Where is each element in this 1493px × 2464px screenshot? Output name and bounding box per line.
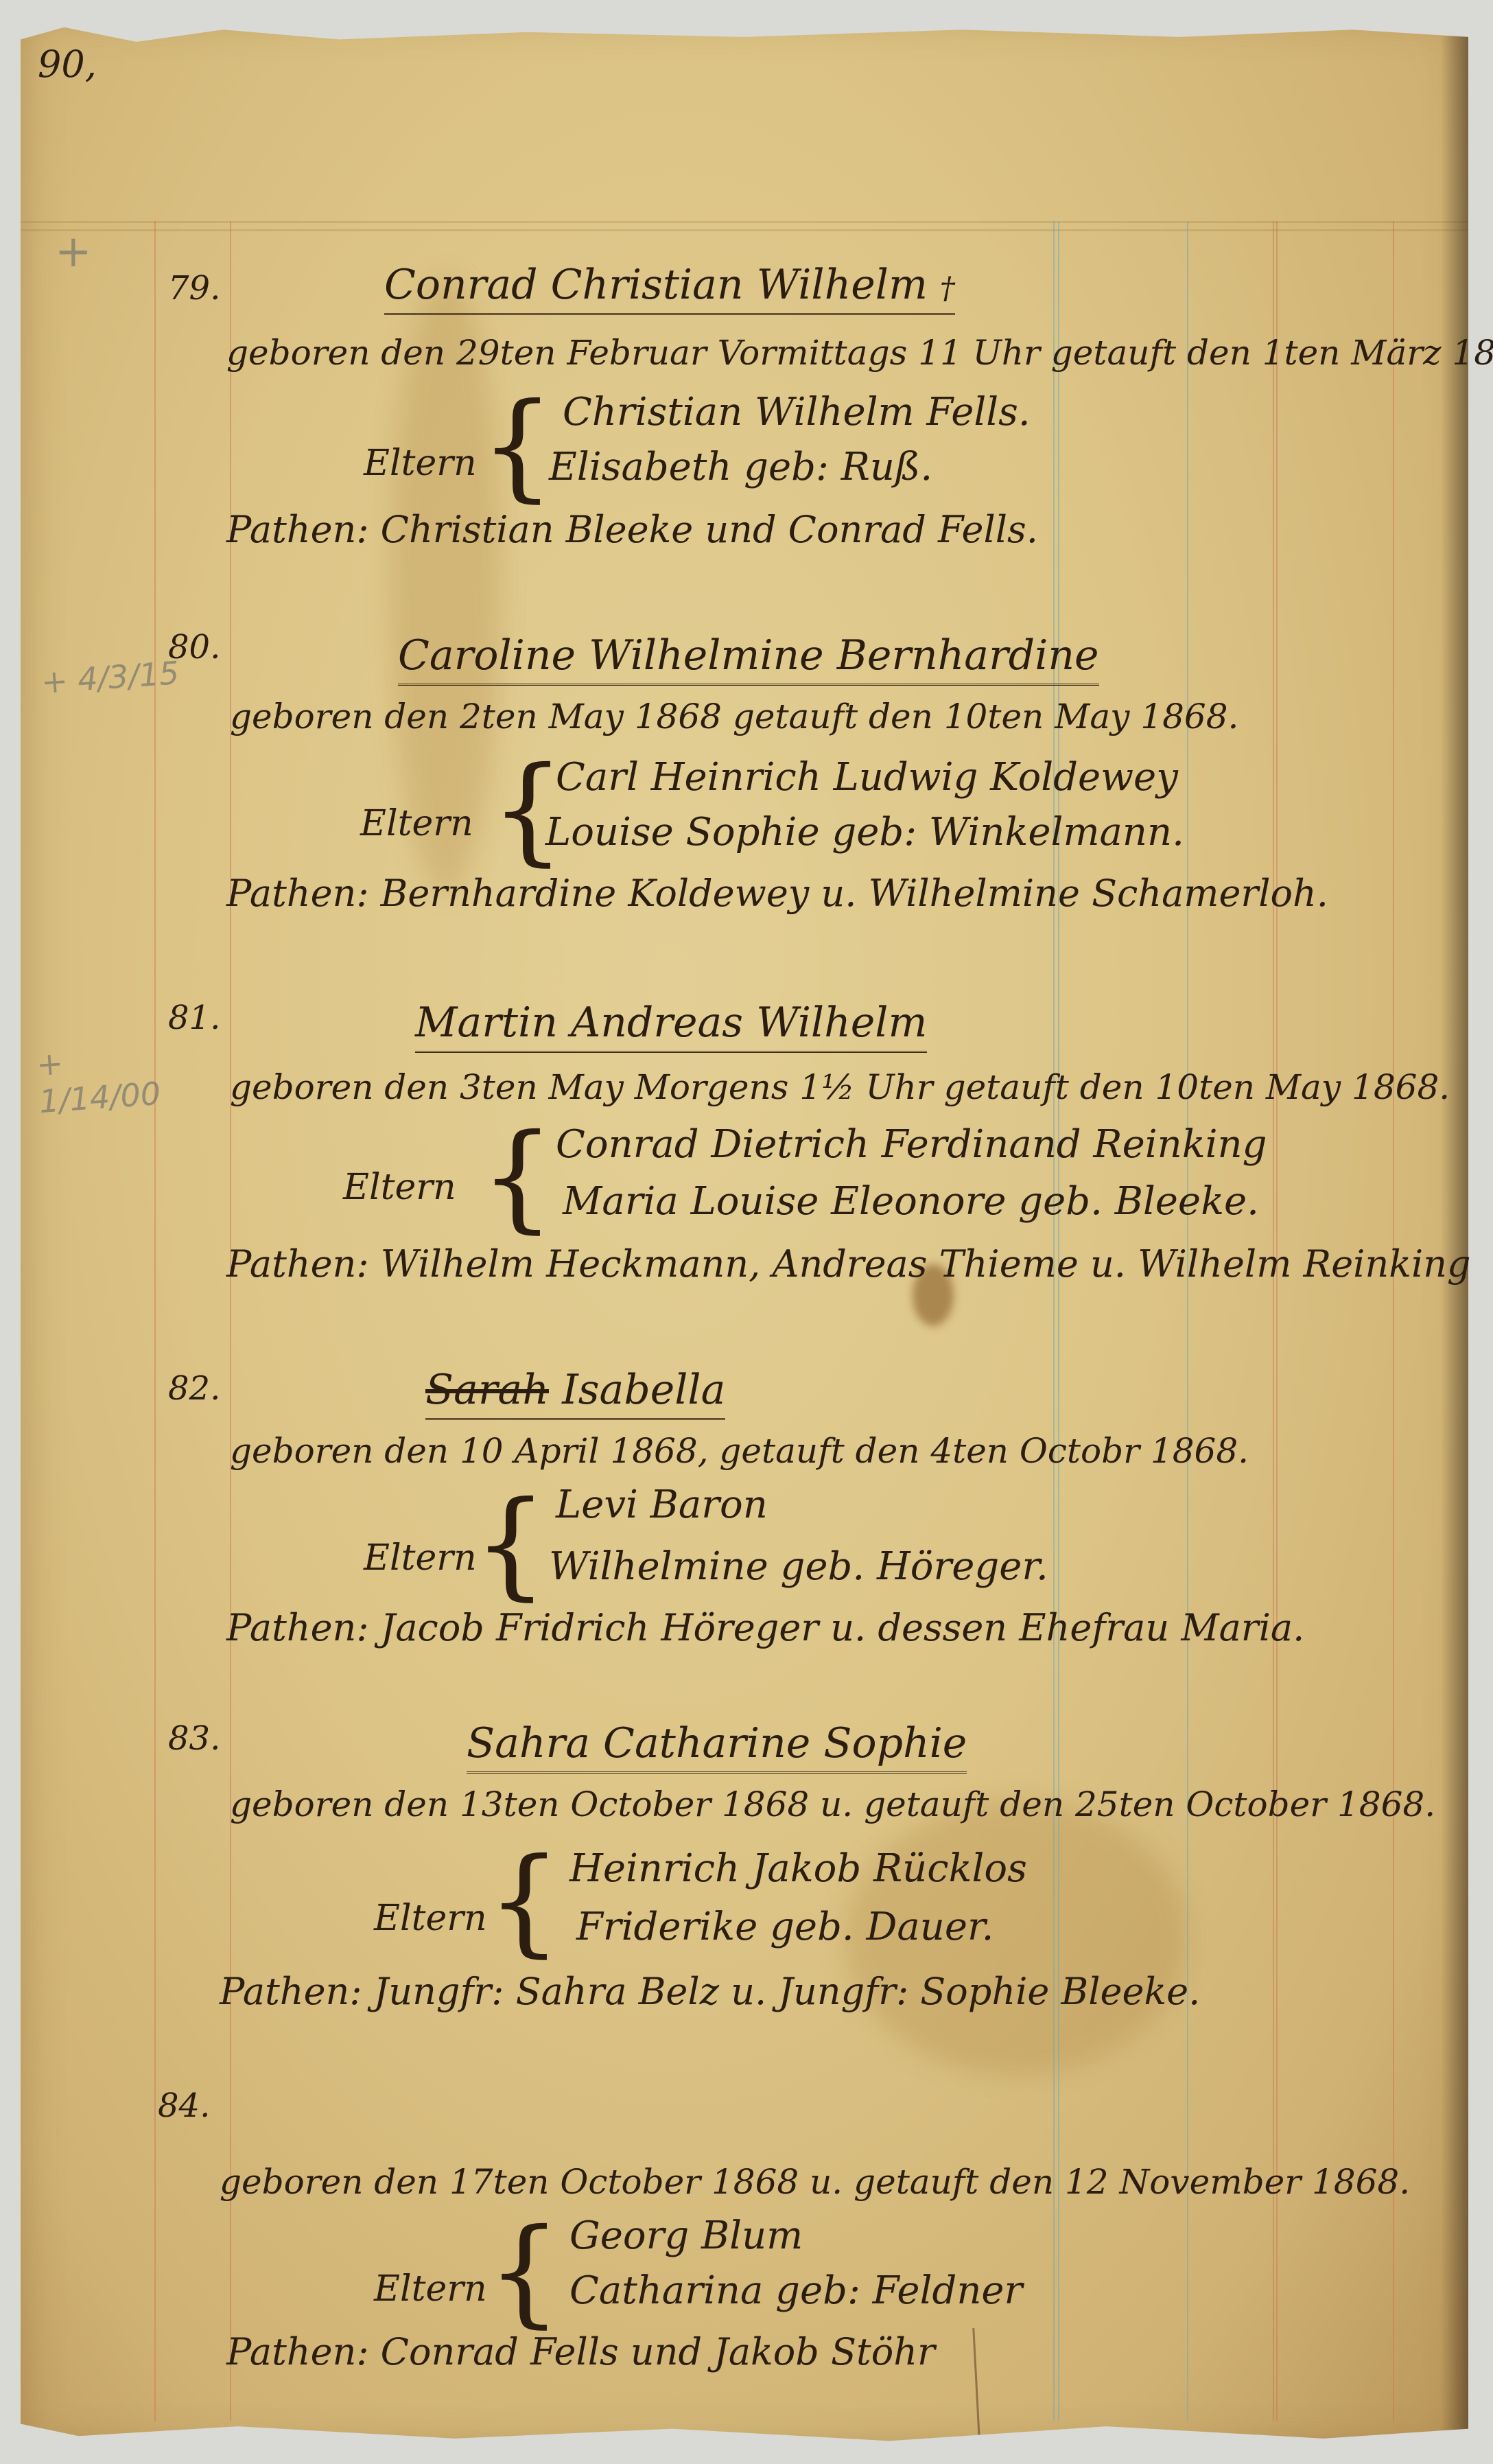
parents-label: Eltern bbox=[364, 1537, 477, 1579]
brace-icon: { bbox=[487, 2213, 561, 2330]
header-rule bbox=[21, 221, 1468, 223]
mother-name: Friderike geb. Dauer. bbox=[576, 1905, 994, 1949]
brace-icon: { bbox=[487, 1843, 561, 1960]
godparents-line: Pathen: Jungfr: Sahra Belz u. Jungfr: So… bbox=[220, 1970, 1200, 2013]
page-number: 90, bbox=[38, 43, 97, 86]
child-name: Conrad Christian Wilhelm† bbox=[384, 261, 955, 315]
header-rule bbox=[21, 229, 1468, 231]
margin-rule bbox=[154, 221, 156, 2421]
register-page bbox=[21, 15, 1468, 2448]
parents-label: Eltern bbox=[374, 2268, 487, 2310]
column-rule bbox=[1053, 221, 1055, 2421]
column-rule bbox=[1058, 221, 1059, 2421]
margin-mark-79: + bbox=[55, 226, 92, 277]
father-name: Georg Blum bbox=[569, 2213, 803, 2258]
entry-number: 84. bbox=[158, 2087, 210, 2125]
birth-baptism-line: geboren den 29ten Februar Vormittags 11 … bbox=[226, 333, 1493, 373]
parents-label: Eltern bbox=[364, 443, 477, 484]
father-name: Carl Heinrich Ludwig Koldewey bbox=[556, 755, 1178, 800]
birth-baptism-line: geboren den 13ten October 1868 u. getauf… bbox=[230, 1785, 1435, 1824]
godparents-line: Pathen: Jacob Fridrich Höreger u. dessen… bbox=[226, 1606, 1304, 1649]
binding-shadow bbox=[1441, 15, 1468, 2448]
child-name: Sahra Catharine Sophie bbox=[467, 1719, 967, 1774]
entry-number: 80. bbox=[168, 628, 220, 666]
godparents-line: Pathen: Wilhelm Heckmann, Andreas Thieme… bbox=[226, 1242, 1471, 1286]
birth-baptism-line: geboren den 10 April 1868, getauft den 4… bbox=[230, 1431, 1249, 1471]
column-rule bbox=[1273, 221, 1274, 2421]
entry-number: 83. bbox=[168, 1719, 220, 1758]
child-name: Sarah Isabella bbox=[425, 1366, 725, 1420]
brace-icon: { bbox=[473, 1486, 548, 1603]
father-name: Christian Wilhelm Fells. bbox=[563, 390, 1031, 434]
child-name-text: Conrad Christian Wilhelm bbox=[384, 261, 928, 309]
mother-name: Louise Sophie geb: Winkelmann. bbox=[545, 810, 1184, 855]
child-name: Martin Andreas Wilhelm bbox=[415, 999, 927, 1053]
mother-name: Elisabeth geb: Ruß. bbox=[549, 445, 932, 489]
column-rule bbox=[1393, 221, 1394, 2421]
father-name: Conrad Dietrich Ferdinand Reinking bbox=[556, 1122, 1267, 1167]
mother-name: Maria Louise Eleonore geb. Bleeke. bbox=[563, 1179, 1259, 1224]
entry-number: 81. bbox=[168, 999, 220, 1037]
child-name-text: Isabella bbox=[562, 1366, 725, 1414]
mother-name: Catharina geb: Feldner bbox=[569, 2268, 1022, 2313]
struck-name: Sarah bbox=[425, 1366, 549, 1414]
birth-baptism-line: geboren den 17ten October 1868 u. getauf… bbox=[220, 2162, 1410, 2202]
child-name: Caroline Wilhelmine Bernhardine bbox=[398, 631, 1099, 686]
parents-label: Eltern bbox=[343, 1167, 456, 1208]
entry-number: 82. bbox=[168, 1369, 220, 1408]
father-name: Heinrich Jakob Rücklos bbox=[569, 1846, 1027, 1891]
column-rule bbox=[1187, 221, 1188, 2421]
brace-icon: { bbox=[480, 1119, 554, 1235]
column-rule bbox=[1276, 221, 1278, 2421]
mother-name: Wilhelmine geb. Höreger. bbox=[549, 1544, 1048, 1589]
parents-label: Eltern bbox=[374, 1898, 487, 1939]
godparents-line: Pathen: Conrad Fells und Jakob Stöhr bbox=[226, 2330, 935, 2373]
paper-tear bbox=[972, 2328, 980, 2452]
birth-baptism-line: geboren den 2ten May 1868 getauft den 10… bbox=[230, 697, 1238, 736]
father-name: Levi Baron bbox=[556, 1483, 768, 1527]
parents-label: Eltern bbox=[360, 803, 473, 844]
death-cross-icon: † bbox=[940, 271, 955, 306]
godparents-line: Pathen: Christian Bleeke und Conrad Fell… bbox=[226, 508, 1038, 551]
birth-baptism-line: geboren den 3ten May Morgens 1½ Uhr geta… bbox=[230, 1067, 1450, 1107]
brace-icon: { bbox=[480, 388, 554, 504]
entry-number: 79. bbox=[168, 269, 220, 307]
margin-mark-81: + 1/14/00 bbox=[35, 1041, 122, 1120]
godparents-line: Pathen: Bernhardine Koldewey u. Wilhelmi… bbox=[226, 872, 1328, 915]
